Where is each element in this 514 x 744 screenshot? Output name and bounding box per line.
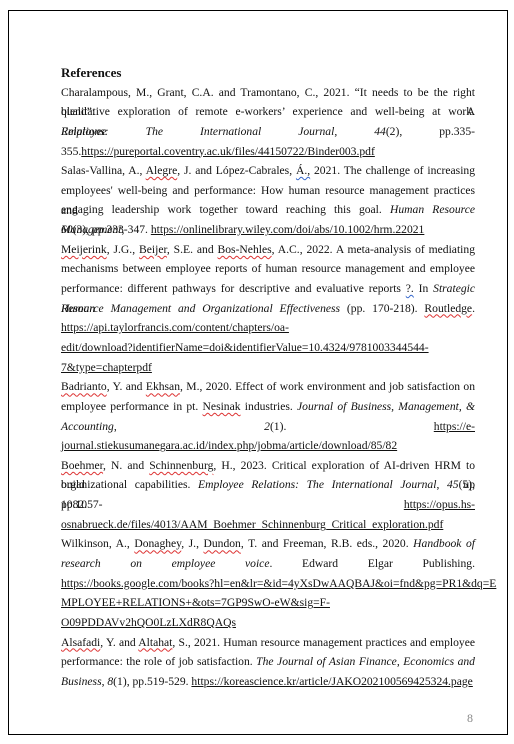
reference-line: performance: the role of job satisfactio… [61, 652, 475, 672]
reference-text: employee performance in pt. [61, 400, 198, 413]
spellcheck-flagged-word: ?. [406, 282, 414, 295]
reference-entry: Meijerink, J.G., Beijer, S.E. and Bos-Ne… [61, 240, 475, 377]
reference-line: https://api.taylorfrancis.com/content/ch… [61, 318, 475, 338]
reference-line: engaging leadership work together toward… [61, 200, 475, 220]
reference-text: 2021. The challenge of increasing [314, 164, 475, 177]
reference-line: Relations: The International Journal, 44… [61, 122, 475, 142]
reference-link[interactable]: https://opus.hs- [404, 498, 475, 511]
reference-text: . [472, 302, 475, 315]
spellcheck-flagged-word: Beijer [139, 243, 167, 256]
reference-line: Alsafadi, Y. and Altahat, S., 2021. Huma… [61, 633, 475, 653]
reference-link[interactable]: https://e- [434, 420, 475, 433]
spellcheck-flagged-word: Nesinak [203, 400, 241, 413]
reference-text: The Journal of Asian Finance, Economics … [256, 655, 475, 668]
reference-link[interactable]: https://pureportal.coventry.ac.uk/files/… [81, 145, 375, 158]
reference-text: , Y. and [100, 636, 135, 649]
reference-link[interactable]: https://api.taylorfrancis.com/content/ch… [61, 321, 289, 334]
reference-text: mechanisms between employee reports of h… [61, 262, 475, 275]
reference-line: Charalampous, M., Grant, C.A. and Tramon… [61, 83, 475, 103]
reference-line: Resource Management and Organizational E… [61, 299, 475, 319]
spellcheck-flagged-word: Dundon [204, 537, 241, 550]
reference-line: 355.https://pureportal.coventry.ac.uk/fi… [61, 142, 475, 162]
reference-line: https://books.google.com/books?hl=en&lr=… [61, 574, 475, 594]
reference-text: (1). [270, 420, 286, 433]
reference-link[interactable]: journal.stiekusumanegara.ac.id/index.php… [61, 439, 397, 452]
reference-text: Accounting [61, 420, 114, 433]
reference-text: , J., [181, 537, 199, 550]
reference-line: 1082. https://opus.hs- [61, 495, 475, 515]
reference-line: research on employee voice. Edward Elgar… [61, 554, 475, 574]
reference-line: performance: different pathways for desc… [61, 279, 475, 299]
reference-text: engaging leadership work together toward… [61, 203, 382, 216]
reference-line: Boehmer, N. and Schinnenburg, H., 2023. … [61, 456, 475, 476]
spellcheck-flagged-word: Boehmer [61, 459, 103, 472]
reference-line: employees' well-being and performance: H… [61, 181, 475, 201]
reference-line: Meijerink, J.G., Beijer, S.E. and Bos-Ne… [61, 240, 475, 260]
reference-text: , Y. and [107, 380, 143, 393]
reference-line: Wilkinson, A., Donaghey, J., Dundon, T. … [61, 534, 475, 554]
spellcheck-flagged-word: Alsafadi [61, 636, 100, 649]
reference-text: , T. and Freeman, R.B. eds., 2020. [241, 537, 409, 550]
spellcheck-flagged-word: Schinnenburg [149, 459, 213, 472]
reference-link[interactable]: https://koreascience.kr/article/JAKO2021… [191, 675, 472, 688]
reference-line: journal.stiekusumanegara.ac.id/index.php… [61, 436, 475, 456]
reference-text: , N. and [103, 459, 144, 472]
reference-link[interactable]: 7&type=chapterpdf [61, 361, 152, 374]
reference-text: performance: different pathways for desc… [61, 282, 401, 295]
reference-text: , [334, 125, 337, 138]
reference-text: pp.335- [439, 125, 475, 138]
spellcheck-flagged-word: Alegre [146, 164, 178, 177]
reference-entry: Wilkinson, A., Donaghey, J., Dundon, T. … [61, 534, 475, 632]
reference-text: In [419, 282, 429, 295]
spellcheck-flagged-word: Donaghey [134, 537, 181, 550]
reference-line: organizational capabilities. Employee Re… [61, 475, 475, 495]
reference-link[interactable]: https://onlinelibrary.wiley.com/doi/abs/… [151, 223, 425, 236]
reference-line: edit/download?identifierName=doi&identif… [61, 338, 475, 358]
reference-text: research [61, 557, 101, 570]
reference-text: voice [245, 557, 269, 570]
reference-text: International [200, 125, 261, 138]
reference-text: qualitative exploration of remote e-work… [61, 105, 475, 118]
reference-link[interactable]: osnabrueck.de/files/4013/AAM_Boehmer_Sch… [61, 518, 443, 531]
reference-text: (3), pp.333-347. [73, 223, 151, 236]
document-page: References Charalampous, M., Grant, C.A.… [8, 10, 508, 735]
reference-list: Charalampous, M., Grant, C.A. and Tramon… [61, 83, 475, 692]
reference-link[interactable]: MPLOYEE+RELATIONS+&ots=7GP9SwO-eW&sig=F- [61, 596, 330, 609]
reference-text: organizational capabilities. [61, 478, 190, 491]
reference-entry: Salas-Vallina, A., Alegre, J. and López-… [61, 161, 475, 240]
spellcheck-flagged-word: Badrianto [61, 380, 107, 393]
reference-line: osnabrueck.de/files/4013/AAM_Boehmer_Sch… [61, 515, 475, 535]
reference-text: 1082. [61, 498, 87, 511]
reference-text: Edward [302, 557, 338, 570]
reference-text: (2), [386, 125, 402, 138]
reference-text: , J.G., [107, 243, 135, 256]
reference-text: , A.C., 2022. A meta-analysis of mediati… [272, 243, 475, 256]
reference-text: Wilkinson, A., [61, 537, 130, 550]
reference-text: Handbook of [413, 537, 475, 550]
reference-line: Badrianto, Y. and Ekhsan, M., 2020. Effe… [61, 377, 475, 397]
reference-text: The [146, 125, 163, 138]
reference-entry: Alsafadi, Y. and Altahat, S., 2021. Huma… [61, 633, 475, 692]
reference-line: Accounting, 2(1). https://e- [61, 417, 475, 437]
reference-text: Employee Relations: The International Jo… [198, 478, 436, 491]
reference-text: Business [61, 675, 102, 688]
reference-text: performance: the role of job satisfactio… [61, 655, 253, 668]
reference-entry: Boehmer, N. and Schinnenburg, H., 2023. … [61, 456, 475, 535]
reference-line: O09PDDAVv2hQO0LzLXdR8QAQs [61, 613, 475, 633]
reference-text: on [130, 557, 142, 570]
reference-text: (1), pp.519-529. [113, 675, 191, 688]
reference-text: 355. [61, 145, 81, 158]
reference-line: MPLOYEE+RELATIONS+&ots=7GP9SwO-eW&sig=F- [61, 593, 475, 613]
reference-text: , S., 2021. Human resource management pr… [172, 636, 475, 649]
reference-line: mechanisms between employee reports of h… [61, 259, 475, 279]
reference-line: 60(3), pp.333-347. https://onlinelibrary… [61, 220, 475, 240]
spellcheck-flagged-word: Altahat [138, 636, 172, 649]
reference-link[interactable]: edit/download?identifierName=doi&identif… [61, 341, 429, 354]
reference-text: Publishing. [422, 557, 475, 570]
reference-text: Journal [298, 125, 334, 138]
reference-line: 7&type=chapterpdf [61, 358, 475, 378]
spellcheck-flagged-word: Ekhsan [146, 380, 180, 393]
reference-text: industries. [245, 400, 293, 413]
reference-text: Resource Management and Organizational E… [61, 302, 340, 315]
reference-text: Elgar [368, 557, 393, 570]
spellcheck-flagged-word: Routledge [424, 302, 472, 315]
spellcheck-flagged-word: Á., [296, 164, 310, 177]
reference-link[interactable]: O09PDDAVv2hQO0LzLXdR8QAQs [61, 616, 236, 629]
reference-text: 45 [447, 478, 459, 491]
reference-text: 44 [374, 125, 386, 138]
reference-text: , S.E. and [167, 243, 214, 256]
reference-text: Salas-Vallina, A., [61, 164, 142, 177]
references-heading: References [61, 63, 475, 83]
reference-text: (pp. 170-218). [347, 302, 418, 315]
reference-link[interactable]: https://books.google.com/books?hl=en&lr=… [61, 577, 496, 590]
reference-line: qualitative exploration of remote e-work… [61, 102, 475, 122]
reference-entry: Badrianto, Y. and Ekhsan, M., 2020. Effe… [61, 377, 475, 456]
reference-text: Journal of Business, Management, & [297, 400, 475, 413]
reference-text: 60 [61, 223, 73, 236]
reference-line: Business, 8(1), pp.519-529. https://kore… [61, 672, 475, 692]
reference-text: , [436, 478, 439, 491]
spellcheck-flagged-word: Bos-Nehles [218, 243, 272, 256]
reference-text: employee [172, 557, 216, 570]
reference-text: Relations: [61, 125, 109, 138]
reference-line: employee performance in pt. Nesinak indu… [61, 397, 475, 417]
reference-text: , [114, 420, 117, 433]
references-section: References Charalampous, M., Grant, C.A.… [61, 63, 475, 692]
reference-text: . [269, 557, 272, 570]
page-number: 8 [467, 711, 473, 726]
reference-line: Salas-Vallina, A., Alegre, J. and López-… [61, 161, 475, 181]
spellcheck-flagged-word: Meijerink [61, 243, 107, 256]
reference-entry: Charalampous, M., Grant, C.A. and Tramon… [61, 83, 475, 162]
reference-text: , J. and López-Cabrales, [177, 164, 292, 177]
reference-text: , M., 2020. Effect of work environment a… [180, 380, 475, 393]
